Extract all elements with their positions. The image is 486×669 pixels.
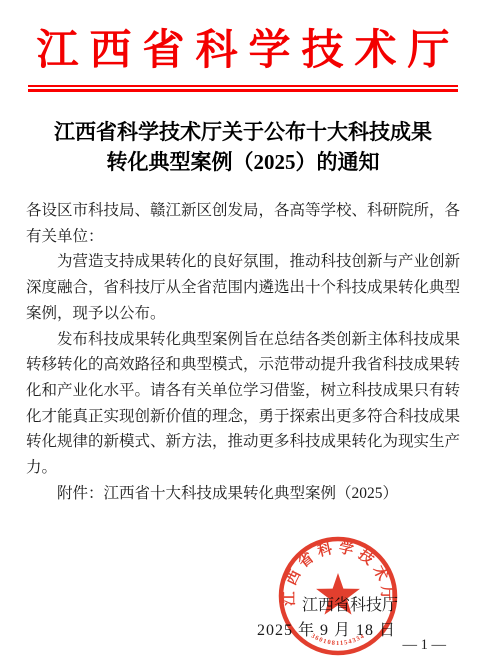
notice-title-line2: 转化典型案例（2025）的通知 bbox=[107, 150, 380, 174]
notice-body: 各设区市科技局、赣江新区创发局，各高等学校、科研院所，各有关单位： 为营造支持成… bbox=[26, 198, 460, 506]
official-seal-stamp: 江西省科学技术厅 3601081154334 bbox=[276, 535, 400, 659]
agency-masthead: 江西省科学技术厅 bbox=[0, 27, 486, 75]
notice-title-line1: 江西省科学技术厅关于公布十大科技成果 bbox=[54, 120, 432, 144]
page-number: — 1 — bbox=[403, 637, 447, 654]
body-paragraph: 发布科技成果转化典型案例旨在总结各类创新主体科技成果转移转化的高效路径和典型模式… bbox=[26, 327, 460, 481]
attachment-line: 附件：江西省十大科技成果转化典型案例（2025） bbox=[26, 481, 460, 507]
notice-title: 江西省科学技术厅关于公布十大科技成果 转化典型案例（2025）的通知 bbox=[20, 117, 466, 177]
red-divider-rule bbox=[28, 85, 458, 92]
seal-serial-number: 3601081154334 bbox=[310, 632, 367, 647]
document-page: 江西省科学技术厅 江西省科学技术厅关于公布十大科技成果 转化典型案例（2025）… bbox=[0, 0, 486, 669]
body-paragraph: 为营造支持成果转化的良好氛围，推动科技创新与产业创新深度融合，省科技厅从全省范围… bbox=[26, 249, 460, 326]
salutation-line: 各设区市科技局、赣江新区创发局，各高等学校、科研院所，各有关单位： bbox=[26, 198, 460, 249]
star-icon bbox=[316, 573, 360, 615]
